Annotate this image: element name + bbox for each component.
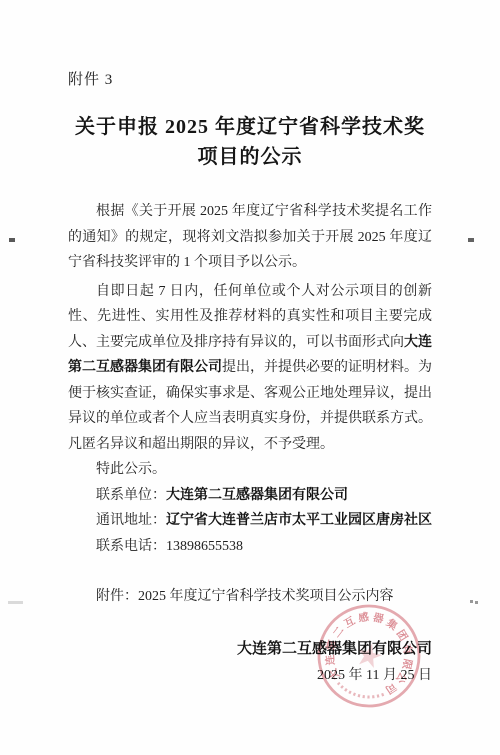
signature-date: 2025 年 11 月 25 日	[68, 663, 432, 689]
scan-artifact	[470, 600, 473, 603]
scan-artifact	[8, 601, 23, 604]
scan-artifact	[468, 238, 474, 242]
contact-unit-line: 联系单位：大连第二互感器集团有限公司	[68, 483, 432, 509]
svg-text:器: 器	[371, 610, 386, 626]
svg-text:集: 集	[384, 616, 401, 633]
paragraph-closing: 特此公示。	[68, 457, 432, 483]
contact-unit-label: 联系单位：	[96, 488, 166, 503]
contact-address-line: 通讯地址：辽宁省大连普兰店市太平工业园区唐房社区	[68, 508, 432, 534]
title-line-2: 项目的公示	[68, 142, 432, 172]
svg-text:互: 互	[342, 614, 358, 631]
objection-text-segment: 自即日起 7 日内，任何单位或个人对公示项目的创新性、先进性、实用性及推荐材料的…	[68, 284, 432, 350]
title-line-1: 关于申报 2025 年度辽宁省科学技术奖	[68, 112, 432, 142]
paragraph-basis: 根据《关于开展 2025 年度辽宁省科学技术奖提名工作的通知》的规定，现将刘文浩…	[68, 199, 432, 276]
svg-text:感: 感	[357, 610, 370, 624]
scan-artifact	[9, 238, 15, 242]
attachment-note: 附件：2025 年度辽宁省科学技术奖项目公示内容	[68, 584, 432, 610]
paragraph-objection: 自即日起 7 日内，任何单位或个人对公示项目的创新性、先进性、实用性及推荐材料的…	[68, 279, 432, 458]
attachment-label: 附件 3	[68, 71, 113, 89]
contact-phone-label: 联系电话：	[96, 539, 166, 554]
contact-unit-value: 大连第二互感器集团有限公司	[166, 488, 348, 503]
signature-company: 大连第二互感器集团有限公司	[68, 637, 432, 663]
document-page: 附件 3 关于申报 2025 年度辽宁省科学技术奖 项目的公示 根据《关于开展 …	[0, 0, 500, 755]
contact-phone-line: 联系电话：13898655538	[68, 534, 432, 560]
document-title: 关于申报 2025 年度辽宁省科学技术奖 项目的公示	[68, 112, 432, 172]
contact-phone-value: 13898655538	[166, 539, 243, 554]
contact-address-value: 辽宁省大连普兰店市太平工业园区唐房社区	[166, 513, 432, 528]
signature-block: 大连第二互感器集团有限公司 2025 年 11 月 25 日	[68, 637, 432, 688]
contact-address-label: 通讯地址：	[96, 513, 166, 528]
document-body: 根据《关于开展 2025 年度辽宁省科学技术奖提名工作的通知》的规定，现将刘文浩…	[68, 199, 432, 559]
